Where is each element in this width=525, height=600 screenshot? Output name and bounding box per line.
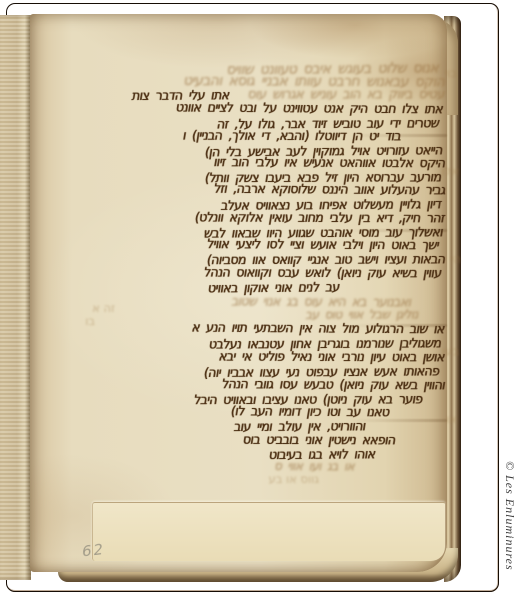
ghost-mark: הי (451, 252, 461, 266)
ghost-mark: בו (85, 314, 95, 328)
ghost-mark: בעו (442, 344, 459, 358)
manuscript-photo: אנוס שלוט בעוגש איבס טעוונט שוויסהוקס עב… (0, 0, 525, 600)
manuscript-text-block: אנוס שלוט בעוגש איבס טעוונט שוויסהוקס עב… (30, 14, 447, 572)
ghost-mark: גווס או בע (269, 472, 319, 486)
ghost-mark: או (446, 412, 457, 426)
ghost-mark: זה א (92, 301, 115, 315)
facing-page-edge (0, 15, 31, 580)
folio-number: 62 (81, 539, 106, 560)
ghost-mark: בוי (445, 66, 457, 80)
copyright-credit-text: © Les Enluminures (502, 461, 517, 571)
ghost-mark: אלו (442, 164, 459, 178)
copyright-credit: © Les Enluminures (499, 461, 525, 600)
manuscript-leaf: אנוס שלוט בעוגש איבס טעוונט שוויסהוקס עב… (30, 14, 447, 572)
manuscript-line: בוד יט הן דיווטלו (והבא, די אולך, הבניין… (182, 127, 402, 144)
